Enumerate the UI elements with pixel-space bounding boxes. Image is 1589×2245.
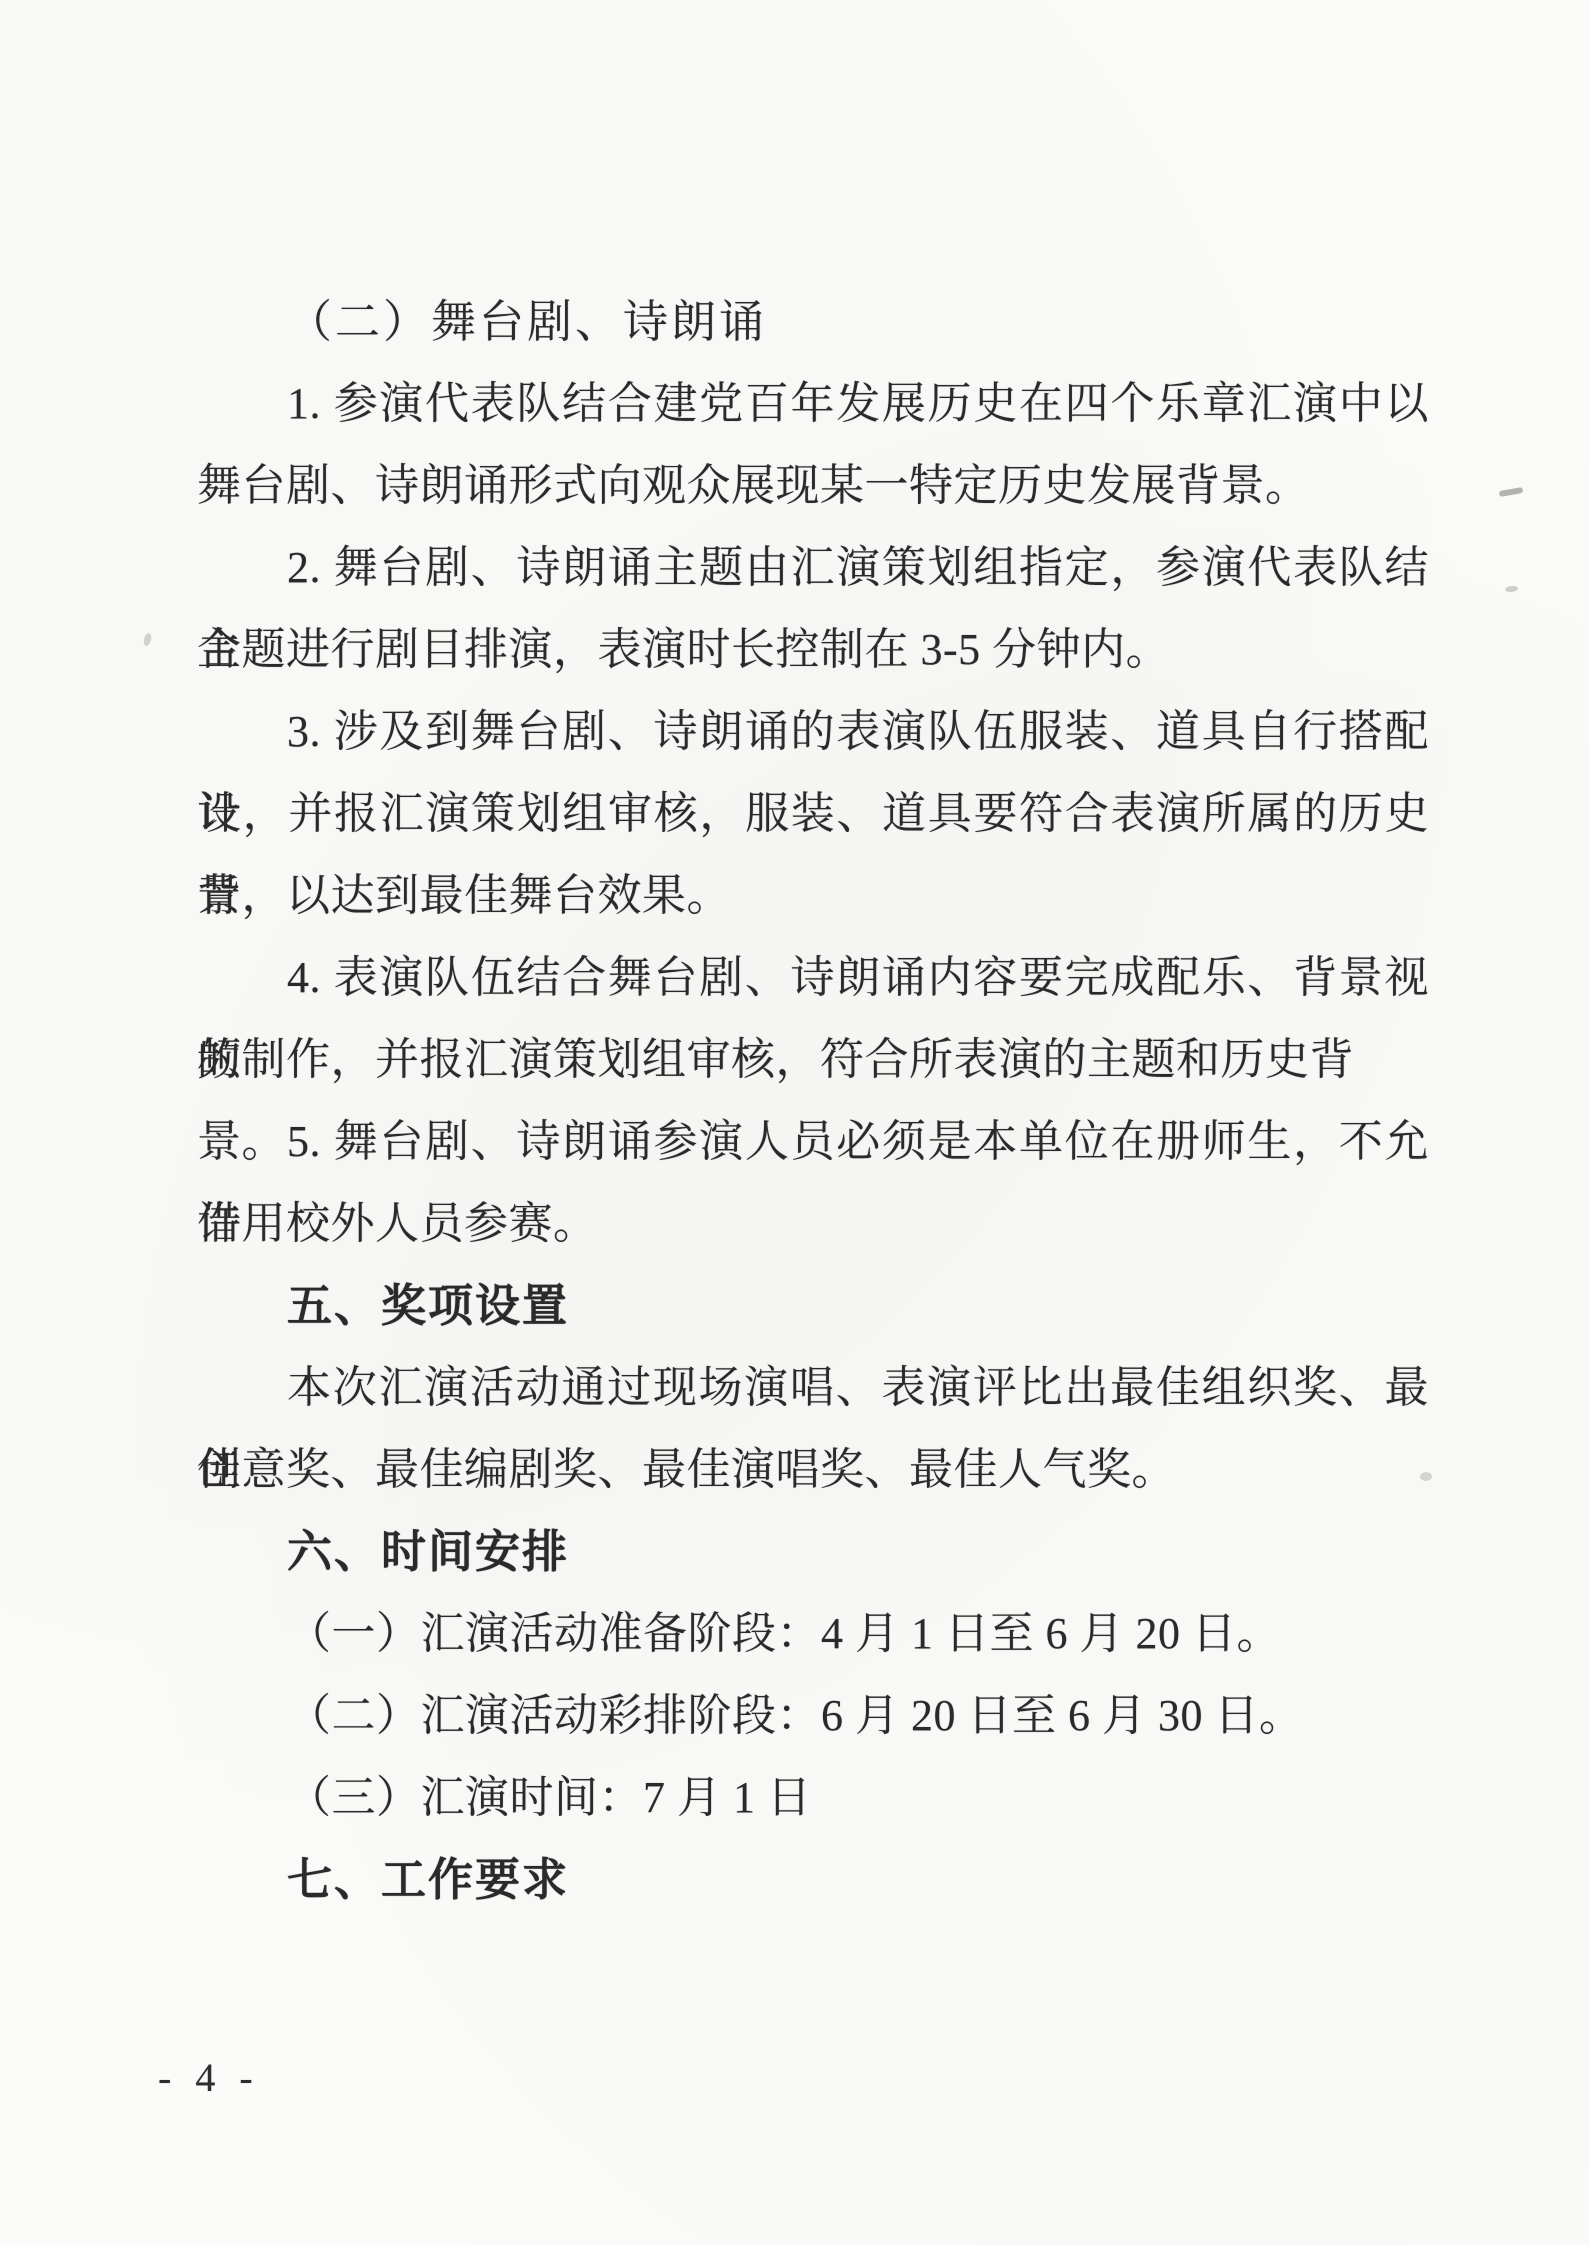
text-line: 4. 表演队伍结合舞台剧、诗朗诵内容要完成配乐、背景视频	[197, 937, 1429, 1019]
scan-artifact	[1505, 585, 1519, 592]
text-line: 的制作，并报汇演策划组审核，符合所表演的主题和历史背景。	[197, 1019, 1429, 1101]
text-line: 舞台剧、诗朗诵形式向观众展现某一特定历史发展背景。	[197, 445, 1429, 527]
document-body: （二）舞台剧、诗朗诵1. 参演代表队结合建党百年发展历史在四个乐章汇演中以舞台剧…	[197, 281, 1429, 1921]
text-line: 主题进行剧目排演，表演时长控制在 3-5 分钟内。	[197, 609, 1429, 691]
section-heading: 七、工作要求	[197, 1839, 1429, 1921]
text-line: 借用校外人员参赛。	[197, 1183, 1429, 1265]
section-heading: 六、时间安排	[197, 1511, 1429, 1593]
text-line: 3. 涉及到舞台剧、诗朗诵的表演队伍服装、道具自行搭配设	[197, 691, 1429, 773]
text-line: 5. 舞台剧、诗朗诵参演人员必须是本单位在册师生，不允许	[197, 1101, 1429, 1183]
page-number: - 4 -	[158, 2054, 260, 2102]
scanned-document-page: （二）舞台剧、诗朗诵1. 参演代表队结合建党百年发展历史在四个乐章汇演中以舞台剧…	[0, 0, 1589, 2245]
sub-heading: （二）舞台剧、诗朗诵	[197, 281, 1429, 363]
text-line: 本次汇演活动通过现场演唱、表演评比出最佳组织奖、最佳	[197, 1347, 1429, 1429]
text-line: （三）汇演时间：7 月 1 日	[197, 1757, 1429, 1839]
text-line: （二）汇演活动彩排阶段：6 月 20 日至 6 月 30 日。	[197, 1675, 1429, 1757]
text-line: 2. 舞台剧、诗朗诵主题由汇演策划组指定，参演代表队结合	[197, 527, 1429, 609]
text-line: （一）汇演活动准备阶段：4 月 1 日至 6 月 20 日。	[197, 1593, 1429, 1675]
section-heading: 五、奖项设置	[197, 1265, 1429, 1347]
scan-artifact	[143, 632, 153, 646]
text-line: 景，以达到最佳舞台效果。	[197, 855, 1429, 937]
text-line: 计，并报汇演策划组审核，服装、道具要符合表演所属的历史背	[197, 773, 1429, 855]
text-line: 1. 参演代表队结合建党百年发展历史在四个乐章汇演中以	[197, 363, 1429, 445]
text-line: 创意奖、最佳编剧奖、最佳演唱奖、最佳人气奖。	[197, 1429, 1429, 1511]
scan-artifact	[1499, 487, 1524, 497]
